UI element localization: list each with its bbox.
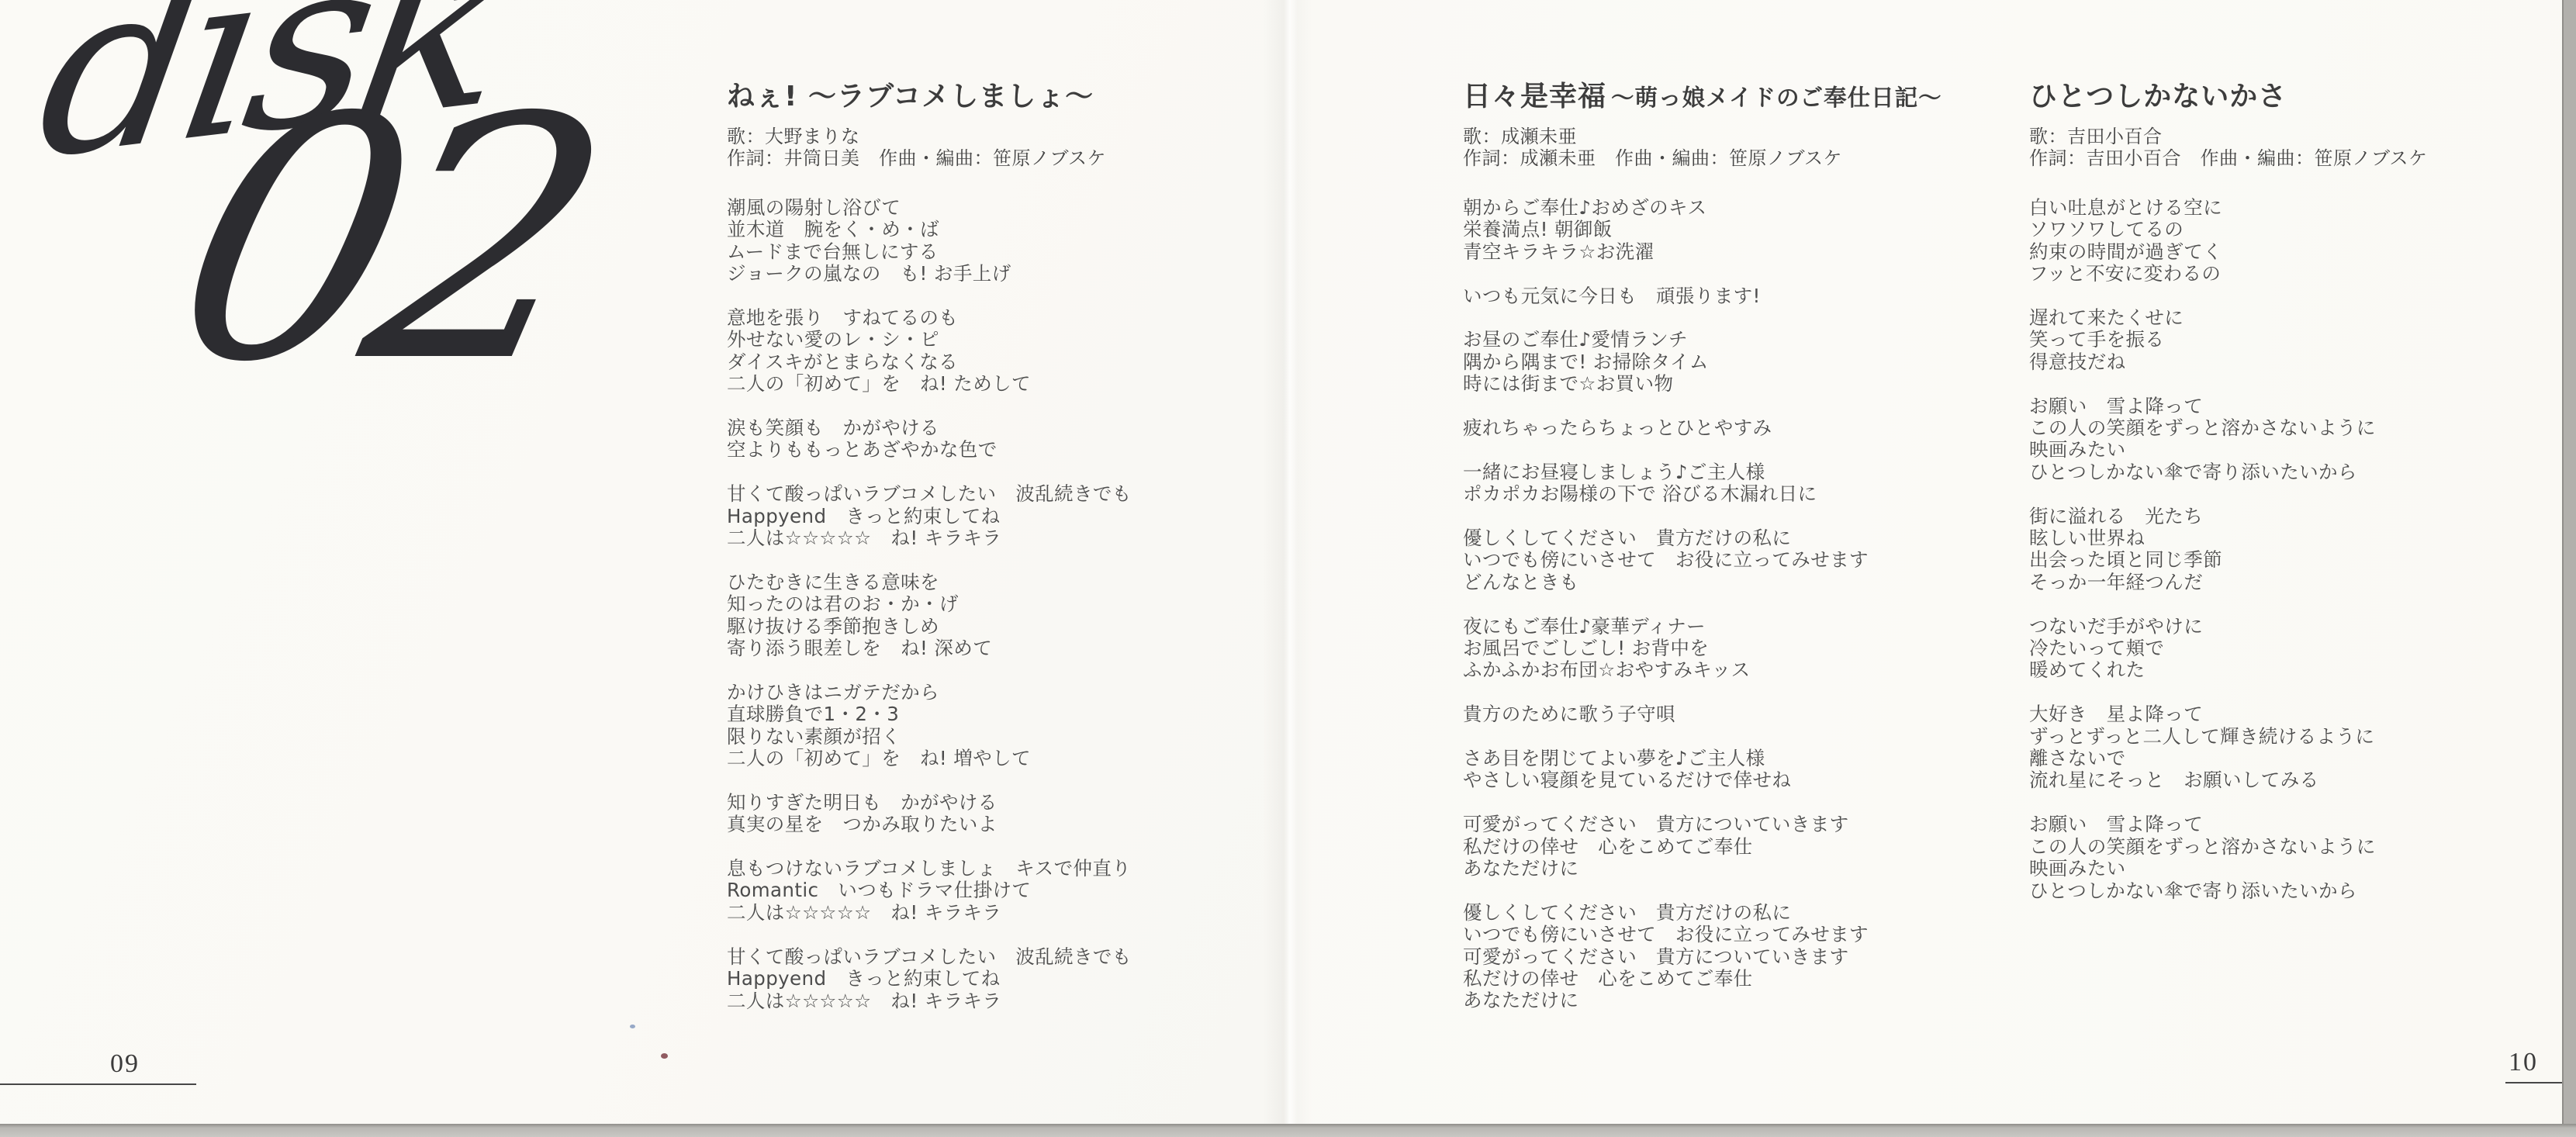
lyric-stanza: 貴方のために歌う子守唄 — [1463, 703, 2045, 725]
song-writer-credit: 作詞：吉田小百合 作曲・編曲：笹原ノブスケ — [2029, 147, 2572, 169]
lyric-line: 優しくしてください 貴方だけの私に — [1463, 527, 2045, 549]
page-gutter-fold — [1263, 0, 1312, 1124]
lyric-line: いつでも傍にいさせて お役に立ってみせます — [1463, 549, 2045, 571]
lyric-line: ひとつしかない傘で寄り添いたいから — [2029, 880, 2572, 902]
lyric-line: 限りない素顔が招く — [727, 726, 1285, 748]
song-title: ねぇ! ～ラブコメしましょ～ — [727, 80, 1285, 115]
lyric-line: Happyend きっと約束してね — [727, 506, 1285, 527]
song-block-hibikore-koufuku: 日々是幸福～萌っ娘メイドのご奉仕日記～ 歌：成瀬未亜 作詞：成瀬未亜 作曲・編曲… — [1463, 80, 2045, 1034]
lyric-stanza: さあ目を閉じてよい夢を♪ご主人様やさしい寝顔を見ているだけで倖せね — [1463, 748, 2045, 792]
lyric-line: 甘くて酸っぱいラブコメしたい 波乱続きでも — [727, 483, 1285, 505]
lyric-line: フッと不安に変わるの — [2029, 263, 2572, 285]
lyric-line: そっか一年経つんだ — [2029, 572, 2572, 593]
lyric-line: 流れ星にそっと お願いしてみる — [2029, 769, 2572, 791]
song-block-hitotsu-shikanai-kasa: ひとつしかないかさ 歌：吉田小百合 作詞：吉田小百合 作曲・編曲：笹原ノブスケ … — [2029, 80, 2572, 924]
lyric-line: 私だけの倖せ 心をこめてご奉仕 — [1463, 836, 2045, 858]
song-lyrics: 朝からご奉仕♪おめざのキス栄養満点! 朝御飯青空キラキラ☆お洗濯いつも元気に今日… — [1463, 197, 2045, 1012]
lyric-stanza: 甘くて酸っぱいラブコメしたい 波乱続きでもHappyend きっと約束してね二人… — [727, 483, 1285, 549]
lyric-stanza: 夜にもご奉仕♪豪華ディナーお風呂でごしごし! お背中をふかふかお布団☆おやすみキ… — [1463, 616, 2045, 682]
lyric-stanza: ひたむきに生きる意味を知ったのは君のお・か・げ駆け抜ける季節抱きしめ寄り添う眼差… — [727, 572, 1285, 660]
ink-speck-red — [661, 1053, 668, 1059]
lyric-line: 意地を張り すねてるのも — [727, 307, 1285, 329]
lyric-line: 映画みたい — [2029, 858, 2572, 880]
song-title: ひとつしかないかさ — [2029, 80, 2572, 115]
lyric-line: 空よりももっとあざやかな色で — [727, 439, 1285, 461]
lyric-line: この人の笑顔をずっと溶かさないように — [2029, 836, 2572, 858]
song-title-text: ねぇ! ～ラブコメしましょ～ — [727, 81, 1094, 112]
lyric-line: ジョークの嵐なの も! お手上げ — [727, 263, 1285, 285]
lyric-stanza: 優しくしてください 貴方だけの私にいつでも傍にいさせて お役に立ってみせますどん… — [1463, 527, 2045, 593]
lyric-line: 暖めてくれた — [2029, 659, 2572, 681]
lyric-line: 真実の星を つかみ取りたいよ — [727, 814, 1285, 835]
lyric-line: 知ったのは君のお・か・げ — [727, 593, 1285, 615]
lyric-line: いつも元気に今日も 頑張ります! — [1463, 285, 2045, 307]
lyric-stanza: 疲れちゃったらちょっとひとやすみ — [1463, 417, 2045, 439]
song-lyrics: 白い吐息がとける空にソワソワしてるの約束の時間が過ぎてくフッと不安に変わるの遅れ… — [2029, 197, 2572, 902]
lyric-line: 涙も笑顔も かがやける — [727, 417, 1285, 439]
lyric-line: 大好き 星よ降って — [2029, 703, 2572, 725]
lyric-stanza: 街に溢れる 光たち眩しい世界ね出会った頃と同じ季節そっか一年経つんだ — [2029, 506, 2572, 594]
lyric-line: 潮風の陽射し浴びて — [727, 197, 1285, 219]
scan-edge-right — [2562, 0, 2576, 1124]
lyric-line: 青空キラキラ☆お洗濯 — [1463, 241, 2045, 263]
lyric-line: 直球勝負で1・2・3 — [727, 703, 1285, 725]
lyric-line: お願い 雪よ降って — [2029, 396, 2572, 417]
lyric-stanza: つないだ手がやけに冷たいって頬で暖めてくれた — [2029, 616, 2572, 682]
page-number-rule-left — [0, 1083, 196, 1085]
song-vocal-credit: 歌：成瀬未亜 — [1463, 126, 2045, 147]
disk-number-text: 02 — [152, 74, 614, 408]
lyric-line: 二人は☆☆☆☆☆ ね! キラキラ — [727, 527, 1285, 549]
lyric-line: 二人は☆☆☆☆☆ ね! キラキラ — [727, 990, 1285, 1012]
lyric-stanza: 涙も笑顔も かがやける空よりももっとあざやかな色で — [727, 417, 1285, 461]
lyric-line: 一緒にお昼寝しましょう♪ご主人様 — [1463, 461, 2045, 483]
song-title-text: ひとつしかないかさ — [2029, 81, 2287, 112]
lyric-line: ずっとずっと二人して輝き続けるように — [2029, 726, 2572, 748]
lyric-line: どんなときも — [1463, 572, 2045, 593]
lyric-stanza: 白い吐息がとける空にソワソワしてるの約束の時間が過ぎてくフッと不安に変わるの — [2029, 197, 2572, 285]
lyric-line: 疲れちゃったらちょっとひとやすみ — [1463, 417, 2045, 439]
lyric-stanza: 遅れて来たくせに笑って手を振る得意技だね — [2029, 307, 2572, 373]
lyric-line: あなただけに — [1463, 858, 2045, 880]
song-lyrics: 潮風の陽射し浴びて並木道 腕をく・め・ばムードまで台無しにするジョークの嵐なの … — [727, 197, 1285, 1012]
scanned-booklet-spread: disk 02 ねぇ! ～ラブコメしましょ～ 歌：大野まりな 作詞：井筒日美 作… — [0, 0, 2576, 1137]
lyric-stanza: お昼のご奉仕♪愛情ランチ隅から隅まで! お掃除タイム時には街まで☆お買い物 — [1463, 329, 2045, 395]
lyric-stanza: 潮風の陽射し浴びて並木道 腕をく・め・ばムードまで台無しにするジョークの嵐なの … — [727, 197, 1285, 285]
song-credits: 歌：吉田小百合 作詞：吉田小百合 作曲・編曲：笹原ノブスケ — [2029, 126, 2572, 169]
lyric-line: 並木道 腕をく・め・ば — [727, 219, 1285, 240]
lyric-line: 優しくしてください 貴方だけの私に — [1463, 902, 2045, 924]
lyric-line: あなただけに — [1463, 990, 2045, 1011]
lyric-line: 白い吐息がとける空に — [2029, 197, 2572, 219]
song-vocal-credit: 歌：吉田小百合 — [2029, 126, 2572, 147]
lyric-line: 可愛がってください 貴方についていきます — [1463, 814, 2045, 835]
lyric-stanza: 知りすぎた明日も かがやける真実の星を つかみ取りたいよ — [727, 792, 1285, 836]
lyric-stanza: 甘くて酸っぱいラブコメしたい 波乱続きでもHappyend きっと約束してね二人… — [727, 946, 1285, 1012]
song-title: 日々是幸福～萌っ娘メイドのご奉仕日記～ — [1463, 80, 2045, 115]
lyric-line: 栄養満点! 朝御飯 — [1463, 219, 2045, 240]
lyric-line: お風呂でごしごし! お背中を — [1463, 638, 2045, 659]
lyric-line: ソワソワしてるの — [2029, 219, 2572, 240]
lyric-line: Happyend きっと約束してね — [727, 968, 1285, 990]
lyric-line: 知りすぎた明日も かがやける — [727, 792, 1285, 814]
lyric-line: やさしい寝顔を見ているだけで倖せね — [1463, 769, 2045, 791]
lyric-stanza: お願い 雪よ降ってこの人の笑顔をずっと溶かさないように映画みたいひとつしかない傘… — [2029, 814, 2572, 902]
lyric-line: 外せない愛のレ・シ・ピ — [727, 329, 1285, 351]
lyric-stanza: 大好き 星よ降ってずっとずっと二人して輝き続けるように離さないで流れ星にそっと … — [2029, 703, 2572, 792]
song-credits: 歌：大野まりな 作詞：井筒日美 作曲・編曲：笹原ノブスケ — [727, 126, 1285, 169]
lyric-line: ひとつしかない傘で寄り添いたいから — [2029, 461, 2572, 483]
lyric-line: 遅れて来たくせに — [2029, 307, 2572, 329]
lyric-line: 眩しい世界ね — [2029, 527, 2572, 549]
lyric-line: 二人の「初めて」を ね! ためして — [727, 373, 1285, 395]
lyric-line: 息もつけないラブコメしましょ キスで仲直り — [727, 858, 1285, 880]
lyric-line: 寄り添う眼差しを ね! 深めて — [727, 638, 1285, 659]
lyric-line: 甘くて酸っぱいラブコメしたい 波乱続きでも — [727, 946, 1285, 968]
lyric-stanza: 優しくしてください 貴方だけの私にいつでも傍にいさせて お役に立ってみせます可愛… — [1463, 902, 2045, 1012]
lyric-line: 冷たいって頬で — [2029, 638, 2572, 659]
lyric-line: 可愛がってください 貴方についていきます — [1463, 946, 2045, 968]
lyric-line: 時には街まで☆お買い物 — [1463, 373, 2045, 395]
scan-edge-bottom — [0, 1124, 2576, 1137]
lyric-stanza: かけひきはニガテだから直球勝負で1・2・3限りない素顔が招く二人の「初めて」を … — [727, 682, 1285, 770]
lyric-line: 約束の時間が過ぎてく — [2029, 241, 2572, 263]
lyric-stanza: 意地を張り すねてるのも外せない愛のレ・シ・ピダイスキがとまらなくなる二人の「初… — [727, 307, 1285, 396]
lyric-line: ダイスキがとまらなくなる — [727, 351, 1285, 373]
lyric-line: 私だけの倖せ 心をこめてご奉仕 — [1463, 968, 2045, 990]
lyric-stanza: いつも元気に今日も 頑張ります! — [1463, 285, 2045, 307]
page-number-left: 09 — [110, 1049, 140, 1079]
lyric-line: 二人は☆☆☆☆☆ ね! キラキラ — [727, 902, 1285, 924]
lyric-line: 駆け抜ける季節抱きしめ — [727, 616, 1285, 638]
song-vocal-credit: 歌：大野まりな — [727, 126, 1285, 147]
song-subtitle-text: ～萌っ娘メイドのご奉仕日記～ — [1611, 85, 1942, 111]
lyric-line: 二人の「初めて」を ね! 増やして — [727, 748, 1285, 769]
lyric-line: 夜にもご奉仕♪豪華ディナー — [1463, 616, 2045, 638]
song-writer-credit: 作詞：成瀬未亜 作曲・編曲：笹原ノブスケ — [1463, 147, 2045, 169]
lyric-line: つないだ手がやけに — [2029, 616, 2572, 638]
page-number-right: 10 — [2509, 1048, 2538, 1077]
lyric-line: 朝からご奉仕♪おめざのキス — [1463, 197, 2045, 219]
song-block-nee-lovecome: ねぇ! ～ラブコメしましょ～ 歌：大野まりな 作詞：井筒日美 作曲・編曲：笹原ノ… — [727, 80, 1285, 1034]
lyric-line: 出会った頃と同じ季節 — [2029, 549, 2572, 571]
lyric-line: 街に溢れる 光たち — [2029, 506, 2572, 527]
booklet-page-left: disk 02 ねぇ! ～ラブコメしましょ～ 歌：大野まりな 作詞：井筒日美 作… — [0, 0, 1288, 1124]
lyric-line: お昼のご奉仕♪愛情ランチ — [1463, 329, 2045, 351]
lyric-line: 得意技だね — [2029, 351, 2572, 373]
lyric-line: ムードまで台無しにする — [727, 241, 1285, 263]
lyric-stanza: 朝からご奉仕♪おめざのキス栄養満点! 朝御飯青空キラキラ☆お洗濯 — [1463, 197, 2045, 263]
song-writer-credit: 作詞：井筒日美 作曲・編曲：笹原ノブスケ — [727, 147, 1285, 169]
lyric-line: 隅から隅まで! お掃除タイム — [1463, 351, 2045, 373]
lyric-stanza: お願い 雪よ降ってこの人の笑顔をずっと溶かさないように映画みたいひとつしかない傘… — [2029, 396, 2572, 484]
disk-number-lettering: disk 02 — [0, 0, 543, 388]
lyric-line: ポカポカお陽様の下で 浴びる木漏れ日に — [1463, 483, 2045, 505]
lyric-line: Romantic いつもドラマ仕掛けて — [727, 880, 1285, 901]
lyric-line: 笑って手を振る — [2029, 329, 2572, 351]
lyric-line: ひたむきに生きる意味を — [727, 572, 1285, 593]
lyric-stanza: 一緒にお昼寝しましょう♪ご主人様ポカポカお陽様の下で 浴びる木漏れ日に — [1463, 461, 2045, 506]
lyric-line: ふかふかお布団☆おやすみキッス — [1463, 659, 2045, 681]
lyric-line: かけひきはニガテだから — [727, 682, 1285, 703]
song-title-text: 日々是幸福 — [1463, 81, 1606, 112]
lyric-line: いつでも傍にいさせて お役に立ってみせます — [1463, 924, 2045, 945]
lyric-stanza: 可愛がってください 貴方についていきます私だけの倖せ 心をこめてご奉仕あなただけ… — [1463, 814, 2045, 880]
song-credits: 歌：成瀬未亜 作詞：成瀬未亜 作曲・編曲：笹原ノブスケ — [1463, 126, 2045, 169]
lyric-line: 貴方のために歌う子守唄 — [1463, 703, 2045, 725]
lyric-line: さあ目を閉じてよい夢を♪ご主人様 — [1463, 748, 2045, 769]
lyric-stanza: 息もつけないラブコメしましょ キスで仲直りRomantic いつもドラマ仕掛けて… — [727, 858, 1285, 924]
lyric-line: この人の笑顔をずっと溶かさないように — [2029, 417, 2572, 439]
lyric-line: 離さないで — [2029, 748, 2572, 769]
lyric-line: 映画みたい — [2029, 439, 2572, 461]
lyric-line: お願い 雪よ降って — [2029, 814, 2572, 835]
ink-speck-blue — [630, 1025, 635, 1028]
